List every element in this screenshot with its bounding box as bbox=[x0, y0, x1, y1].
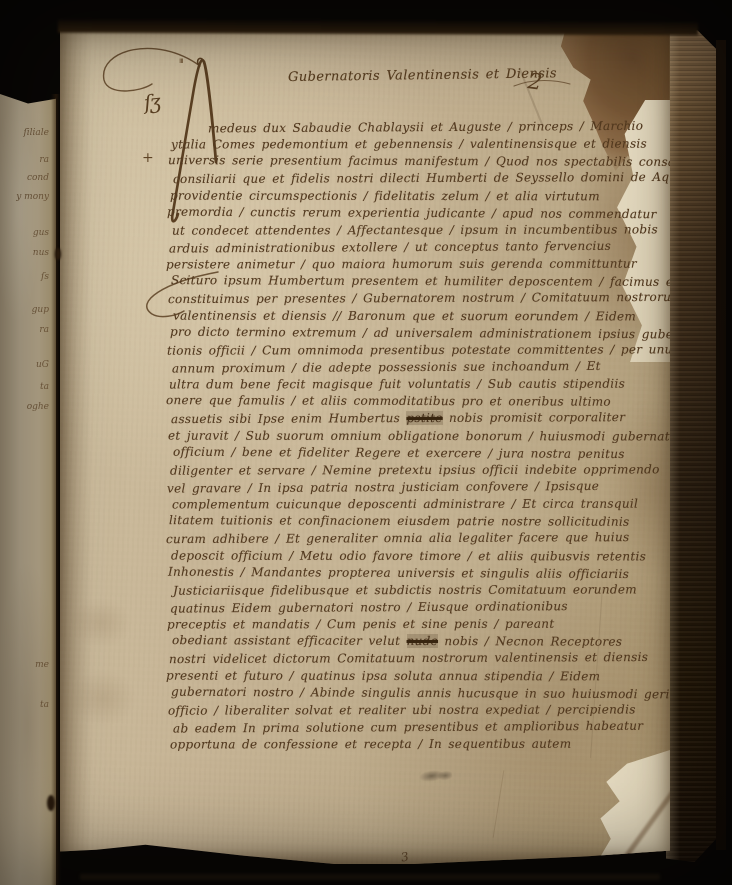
ink-smudge bbox=[417, 766, 453, 786]
manuscript-line: annum proximum / die adepte possessionis… bbox=[172, 358, 674, 378]
crease-line bbox=[493, 770, 505, 837]
show-through-ghost bbox=[62, 588, 140, 658]
manuscript-line: persistere animetur / quo maiora humorum… bbox=[166, 257, 674, 275]
manuscript-page: Gubernatoris Valentinensis et Diensis 2 … bbox=[60, 28, 670, 864]
manuscript-line: ytalia Comes pedemontium et gebennensis … bbox=[171, 137, 674, 155]
gutter-text-fragment: ſiliale bbox=[2, 128, 49, 138]
manuscript-line: opportuna de confessione et recepta / In… bbox=[170, 737, 674, 755]
manuscript-line: quatinus Eidem gubernatori nostro / Eius… bbox=[170, 598, 674, 618]
gutter-text-fragment: ſs bbox=[2, 272, 49, 282]
gutter-text-fragment: nus bbox=[2, 248, 49, 258]
gutter-text-fragment: ta bbox=[2, 382, 49, 392]
manuscript-line: deposcit officium / Metu odio favore tim… bbox=[171, 548, 674, 566]
manuscript-line: officium / bene et fideliter Regere et e… bbox=[173, 444, 674, 464]
manuscript-line: nostri videlicet dictorum Comitatuum nos… bbox=[169, 650, 674, 669]
manuscript-line: providentie circumspectionis / fidelitat… bbox=[170, 188, 674, 206]
show-through-ghost bbox=[60, 658, 146, 738]
manuscript-line: vel gravare / In ipsa patria nostra just… bbox=[167, 478, 674, 498]
manuscript-line: arduis administrationibus extollere / ut… bbox=[169, 238, 674, 258]
manuscript-line: complementum cuicunque deposcenti admini… bbox=[172, 497, 674, 515]
paraph-mark: ſʒ bbox=[143, 89, 160, 114]
gutter-text-fragment: uG bbox=[2, 360, 49, 370]
manuscript-line: ut condecet attendentes / Affectantesque… bbox=[172, 222, 674, 240]
manuscript-line: presenti et futuro / quatinus ipsa solut… bbox=[166, 668, 674, 686]
book-fore-edge bbox=[666, 30, 718, 862]
book-cover-edge bbox=[716, 40, 726, 850]
underlying-page-edge: ſilialeracondy monygusnusſsguprauGtaoghe… bbox=[0, 94, 56, 885]
gutter-text-fragment: ra bbox=[2, 155, 49, 165]
gutter-dark-spot bbox=[47, 795, 55, 811]
gutter-text-fragment: oghe bbox=[2, 402, 49, 412]
quire-mark: 3 bbox=[400, 849, 410, 864]
gutter-text-fragment: me bbox=[2, 660, 49, 670]
manuscript-line: preceptis et mandatis / Cum penis et sin… bbox=[167, 617, 674, 635]
manuscript-line: constituimus per presentes / Gubernatore… bbox=[168, 290, 674, 309]
gutter-text-fragment: gup bbox=[2, 305, 49, 315]
manuscript-scan: ſilialeracondy monygusnusſsguprauGtaoghe… bbox=[0, 0, 732, 885]
manuscript-line: diligenter et servare / Nemine pretextu … bbox=[170, 462, 674, 480]
manuscript-line: pro dicto termino extremum / ad universa… bbox=[170, 324, 674, 344]
manuscript-line: tionis officii / Cum omnimoda presentibu… bbox=[167, 342, 674, 360]
gutter-text-fragment: gus bbox=[2, 228, 49, 238]
manuscript-line: officio / liberaliter solvat et realiter… bbox=[168, 702, 674, 720]
body-text-block: medeus dux Sabaudie Chablaysii et August… bbox=[166, 120, 674, 754]
manuscript-line: Justiciariisque fidelibusque et subdicti… bbox=[173, 582, 674, 600]
cross-mark: + bbox=[142, 150, 154, 166]
manuscript-line: ab eadem In prima solutione cum presenti… bbox=[173, 718, 674, 738]
manuscript-line: Inhonestis / Mandantes propterea univers… bbox=[168, 564, 674, 584]
manuscript-line: premordia / cunctis rerum experientia ju… bbox=[167, 204, 674, 224]
manuscript-line: valentinensis et diensis // Baronum que … bbox=[173, 308, 674, 326]
gutter-dark-spot bbox=[55, 248, 61, 260]
gutter-fragment-list: ſilialeracondy monygusnusſsguprauGtaoghe… bbox=[0, 94, 56, 885]
bottom-board-edge bbox=[80, 874, 660, 880]
gutter-text-fragment: cond bbox=[2, 173, 49, 183]
gutter-text-fragment: ta bbox=[2, 700, 49, 710]
struck-word: nude bbox=[407, 634, 439, 648]
top-board-shadow bbox=[58, 20, 698, 36]
manuscript-line: medeus dux Sabaudie Chablaysii et August… bbox=[208, 119, 674, 139]
manuscript-line: et juravit / Sub suorum omnium obligatio… bbox=[168, 428, 674, 446]
struck-word: pstite bbox=[406, 411, 442, 425]
manuscript-line: ultra dum bene fecit magisque fuit volun… bbox=[169, 377, 674, 395]
manuscript-line: assuetis sibi Ipse enim Humbertus pstite… bbox=[171, 410, 674, 429]
manuscript-line: gubernatori nostro / Abinde singulis ann… bbox=[171, 684, 674, 704]
gutter-text-fragment: ra bbox=[2, 325, 49, 335]
manuscript-line: consiliarii que et fidelis nostri dilect… bbox=[173, 170, 674, 189]
manuscript-line: curam adhibere / Et generaliter omnia al… bbox=[166, 530, 674, 549]
gutter-text-fragment: y mony bbox=[2, 192, 49, 202]
